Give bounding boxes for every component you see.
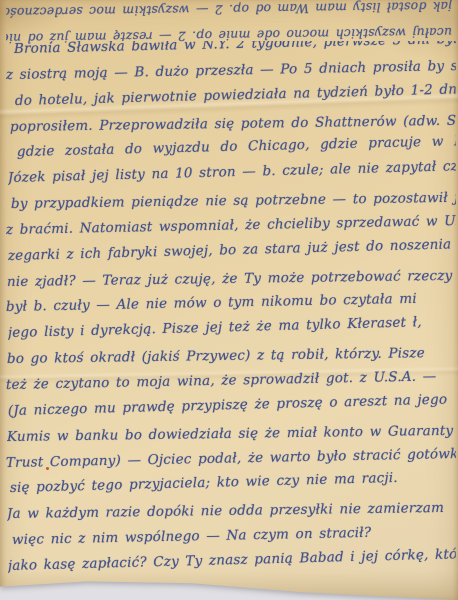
letter-body: Bronia Sławska bawiła w N.Y. 2 tygodnie,… [6, 41, 456, 600]
letter-sheet: ucałuj wszystkich mocno ode mnie op. 2 —… [0, 0, 458, 600]
letter-sheet-wrapper: ucałuj wszystkich mocno ode mnie op. 2 —… [0, 0, 458, 600]
